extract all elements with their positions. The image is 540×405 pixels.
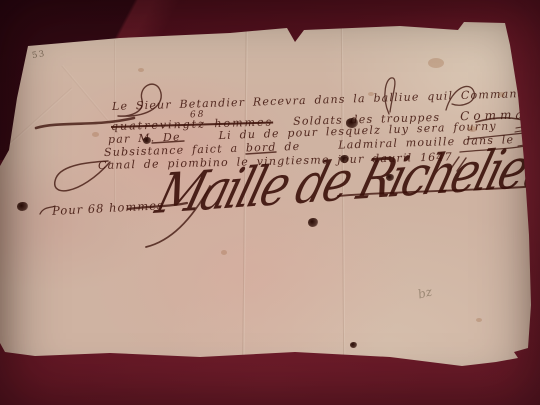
stain <box>498 92 505 97</box>
pencil-annotation: bz <box>417 285 434 302</box>
stain <box>138 68 144 72</box>
manuscript-document: 53 Le Sieur Betandier Recevra dans la ba… <box>0 0 540 405</box>
stain <box>221 250 227 255</box>
stain <box>428 58 444 68</box>
photo-backdrop: 53 Le Sieur Betandier Recevra dans la ba… <box>0 0 540 405</box>
correction-number: 68 <box>190 110 206 121</box>
footer-note: Pour 68 hommes <box>52 198 164 218</box>
ink-blot <box>308 218 318 227</box>
inventory-number: 53 <box>31 49 46 61</box>
stain <box>468 126 477 132</box>
stain <box>476 318 482 322</box>
stain <box>92 132 99 137</box>
ink-blot <box>17 202 28 211</box>
ink-blot <box>350 342 357 348</box>
ink-flourish <box>515 126 528 132</box>
stain <box>368 92 374 96</box>
